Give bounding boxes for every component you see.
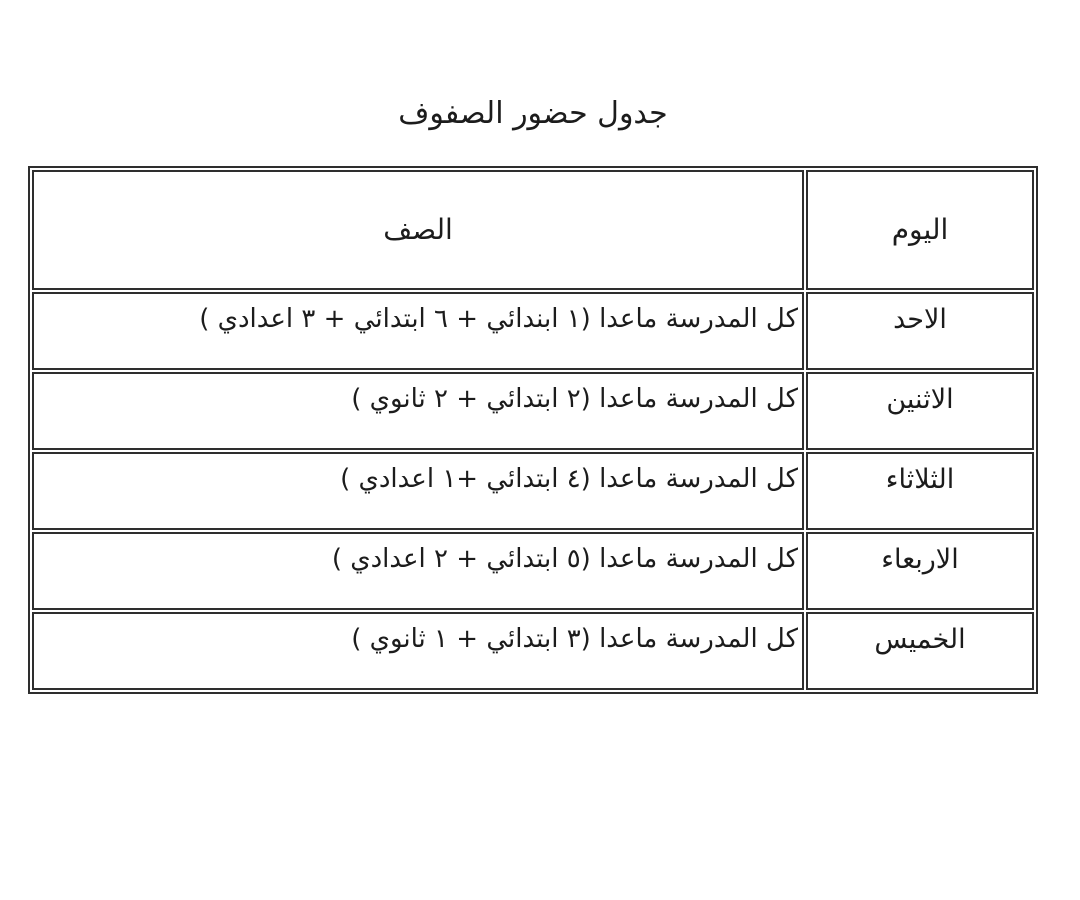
class-cell: كل المدرسة ماعدا (٢ ابتدائي + ٢ ثانوي ) [32, 372, 804, 450]
table-row: الخميسكل المدرسة ماعدا (٣ ابتدائي + ١ ثا… [32, 612, 1034, 690]
day-cell: الخميس [806, 612, 1034, 690]
class-cell: كل المدرسة ماعدا (٣ ابتدائي + ١ ثانوي ) [32, 612, 804, 690]
day-cell: الاربعاء [806, 532, 1034, 610]
scanned-document-page: { "page": { "title": "جدول حضور الصفوف" … [0, 0, 1080, 900]
attendance-table-container: اليوم الصف الاحدكل المدرسة ماعدا (١ ابند… [28, 166, 1038, 694]
table-row: الاحدكل المدرسة ماعدا (١ ابندائي + ٦ ابت… [32, 292, 1034, 370]
attendance-table: اليوم الصف الاحدكل المدرسة ماعدا (١ ابند… [28, 166, 1038, 694]
table-row: الاثنينكل المدرسة ماعدا (٢ ابتدائي + ٢ ث… [32, 372, 1034, 450]
day-cell: الثلاثاء [806, 452, 1034, 530]
class-cell: كل المدرسة ماعدا (٥ ابتدائي + ٢ اعدادي ) [32, 532, 804, 610]
day-cell: الاثنين [806, 372, 1034, 450]
class-cell: كل المدرسة ماعدا (٤ ابتدائي +١ اعدادي ) [32, 452, 804, 530]
table-row: الثلاثاءكل المدرسة ماعدا (٤ ابتدائي +١ ا… [32, 452, 1034, 530]
page-title: جدول حضور الصفوف [28, 96, 1038, 131]
class-cell: كل المدرسة ماعدا (١ ابندائي + ٦ ابتدائي … [32, 292, 804, 370]
schedule-table-body: اليوم الصف الاحدكل المدرسة ماعدا (١ ابند… [32, 170, 1034, 690]
table-header-row: اليوم الصف [32, 170, 1034, 290]
day-column-header: اليوم [806, 170, 1034, 290]
table-row: الاربعاءكل المدرسة ماعدا (٥ ابتدائي + ٢ … [32, 532, 1034, 610]
day-cell: الاحد [806, 292, 1034, 370]
class-column-header: الصف [32, 170, 804, 290]
